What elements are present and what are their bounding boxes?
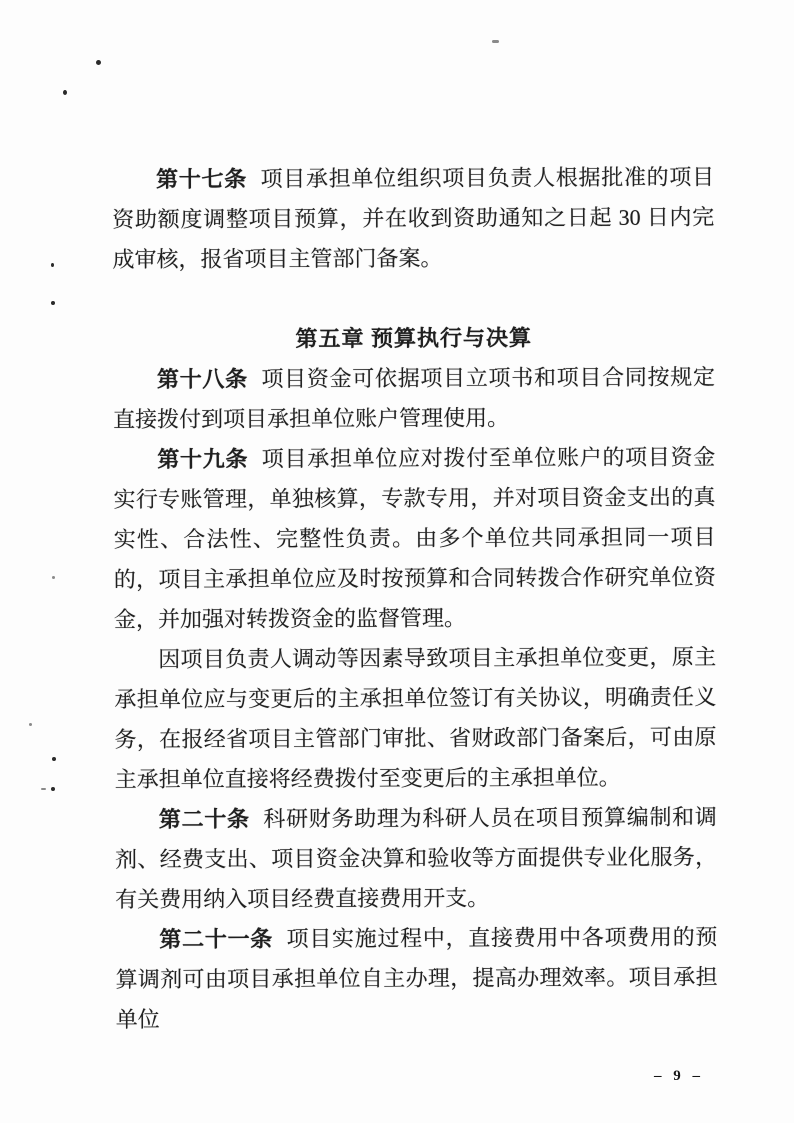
chapter-heading: 第五章 预算执行与决算 [113, 317, 715, 360]
paragraph: 第十八条项目资金可依据项目立项书和项目合同按规定直接拨付到项目承担单位账户管理使… [113, 357, 715, 440]
paragraph: 第十七条项目承担单位组织项目负责人根据批准的项目资助额度调整项目预算，并在收到资… [112, 157, 715, 280]
paragraph-text: 因项目负责人调动等因素导致项目主承担单位变更，原主承担单位应与变更后的主承担单位… [114, 644, 716, 792]
paragraph: 第十九条项目承担单位应对拨付至单位账户的项目资金实行专账管理，单独核算，专款专用… [113, 437, 716, 640]
page-number: – 9 – [654, 1068, 704, 1085]
ink-speck [52, 576, 55, 579]
paragraph-text: 项目承担单位应对拨付至单位账户的项目资金实行专账管理，单独核算，专款专用，并对项… [113, 444, 715, 632]
article-number: 第十九条 [157, 446, 248, 471]
ink-speck [96, 60, 101, 65]
ink-speck [51, 263, 54, 267]
ink-speck [41, 788, 46, 790]
ink-speck [63, 90, 67, 95]
scanned-document-page: 第十七条项目承担单位组织项目负责人根据批准的项目资助额度调整项目预算，并在收到资… [0, 0, 794, 1123]
paragraph: 第二十条科研财务助理为科研人员在项目预算编制和调剂、经费支出、项目资金决算和验收… [115, 797, 718, 920]
paragraph: 第二十一条项目实施过程中，直接费用中各项费用的预算调剂可由项目承担单位自主办理，… [115, 917, 718, 1040]
article-number: 第二十一条 [159, 926, 273, 951]
ink-speck [29, 723, 32, 726]
document-body: 第十七条项目承担单位组织项目负责人根据批准的项目资助额度调整项目预算，并在收到资… [112, 157, 718, 1040]
ink-speck [52, 757, 56, 761]
ink-speck [492, 40, 499, 43]
article-number: 第二十条 [159, 806, 250, 831]
article-number: 第十八条 [157, 366, 248, 391]
ink-speck [51, 301, 55, 305]
paragraph: 因项目负责人调动等因素导致项目主承担单位变更，原主承担单位应与变更后的主承担单位… [114, 637, 717, 800]
article-number: 第十七条 [156, 166, 247, 191]
ink-speck [51, 787, 55, 791]
